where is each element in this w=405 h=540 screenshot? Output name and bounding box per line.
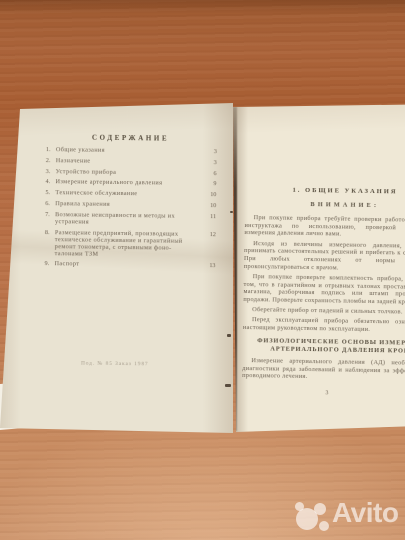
avito-watermark-text: Avito xyxy=(332,496,398,530)
toc-item-page: 3 xyxy=(203,159,217,166)
toc-item-page: 3 xyxy=(203,148,217,155)
toc-item: 4. Измерение артериального давления 9 xyxy=(45,178,216,187)
toc-item-number: 3. xyxy=(46,168,56,175)
toc-item: 2. Назначение 3 xyxy=(46,157,217,166)
toc-item-number: 5. xyxy=(45,189,55,196)
toc-item-label: Измерение артериального давления xyxy=(55,179,202,188)
toc-list: 1. Общие указания 3 2. Назначение 3 3. У… xyxy=(44,146,216,269)
general-instructions-page: 1. ОБЩИЕ УКАЗАНИЯ ВНИМАНИЕ: При покупке … xyxy=(233,104,405,434)
toc-item-page: 9 xyxy=(202,180,216,187)
toc-item-number: 1. xyxy=(46,146,56,153)
toc-item-number: 9. xyxy=(44,260,54,267)
contents-page: СОДЕРЖАНИЕ 1. Общие указания 3 2. Назнач… xyxy=(0,103,233,435)
section-heading: 1. ОБЩИЕ УКАЗАНИЯ xyxy=(245,186,405,196)
toc-item-number: 4. xyxy=(45,178,55,185)
instructions-page-content: 1. ОБЩИЕ УКАЗАНИЯ ВНИМАНИЕ: При покупке … xyxy=(242,104,405,398)
toc-item-number: 7. xyxy=(45,211,55,218)
toc-item-label: Размещение предприятий, производящих тех… xyxy=(55,229,202,259)
toc-item-page: 13 xyxy=(201,262,215,269)
print-imprint: Под. № 85 Заказ 1987 xyxy=(52,360,177,368)
toc-item-page: 10 xyxy=(202,191,216,198)
margin-mark xyxy=(225,384,231,387)
toc-item-label: Техническое обслуживание xyxy=(55,189,202,198)
toc-item-label: Назначение xyxy=(56,157,203,166)
toc-item: 7. Возможные неисправности и методы их у… xyxy=(45,211,216,227)
toc-item-page: 6 xyxy=(203,170,217,177)
page-number: 3 xyxy=(242,389,405,398)
physiology-subheading-line2: АРТЕРИАЛЬНОГО ДАВЛЕНИЯ КРОВИ xyxy=(243,345,405,356)
margin-mark xyxy=(230,211,233,213)
margin-mark xyxy=(227,334,231,337)
toc-item: 9. Паспорт 13 xyxy=(44,260,215,269)
contents-page-content: СОДЕРЖАНИЕ 1. Общие указания 3 2. Назнач… xyxy=(0,103,233,438)
toc-item-label: Правила хранения xyxy=(55,200,202,209)
attention-label: ВНИМАНИЕ: xyxy=(245,200,405,210)
toc-item: 8. Размещение предприятий, производящих … xyxy=(45,229,216,259)
toc-item: 5. Техническое обслуживание 10 xyxy=(45,189,216,198)
toc-item: 1. Общие указания 3 xyxy=(46,146,217,155)
paragraph: Перед эксплуатацией прибора обязательно … xyxy=(243,316,405,335)
toc-item-page: 12 xyxy=(202,231,216,238)
toc-item-label: Устройство прибора xyxy=(56,168,203,177)
toc-item-label: Общие указания xyxy=(56,146,203,155)
toc-item-page: 11 xyxy=(202,213,216,220)
avito-watermark: Avito xyxy=(272,494,400,534)
toc-item: 6. Правила хранения 10 xyxy=(45,200,216,209)
toc-item-page: 10 xyxy=(202,202,216,209)
toc-heading: СОДЕРЖАНИЕ xyxy=(46,133,215,143)
listing-photo: СОДЕРЖАНИЕ 1. Общие указания 3 2. Назнач… xyxy=(0,0,405,540)
toc-item-number: 2. xyxy=(46,157,56,164)
paragraph: Исходя из величины измеренного давления,… xyxy=(244,240,405,274)
toc-item-label: Паспорт xyxy=(54,261,201,270)
toc-item: 3. Устройство прибора 6 xyxy=(46,168,217,177)
toc-item-label: Возможные неисправности и методы их устр… xyxy=(55,211,202,227)
toc-item-number: 8. xyxy=(45,229,55,236)
paragraph: При покупке проверьте комплектность приб… xyxy=(243,273,405,307)
toc-item-number: 6. xyxy=(45,200,55,207)
paragraph: Оберегайте прибор от падений и сильных т… xyxy=(243,306,405,317)
paragraph: При покупке прибора требуйте проверки ра… xyxy=(244,214,405,240)
paragraph: Измерение артериального давления (АД) не… xyxy=(242,357,405,383)
